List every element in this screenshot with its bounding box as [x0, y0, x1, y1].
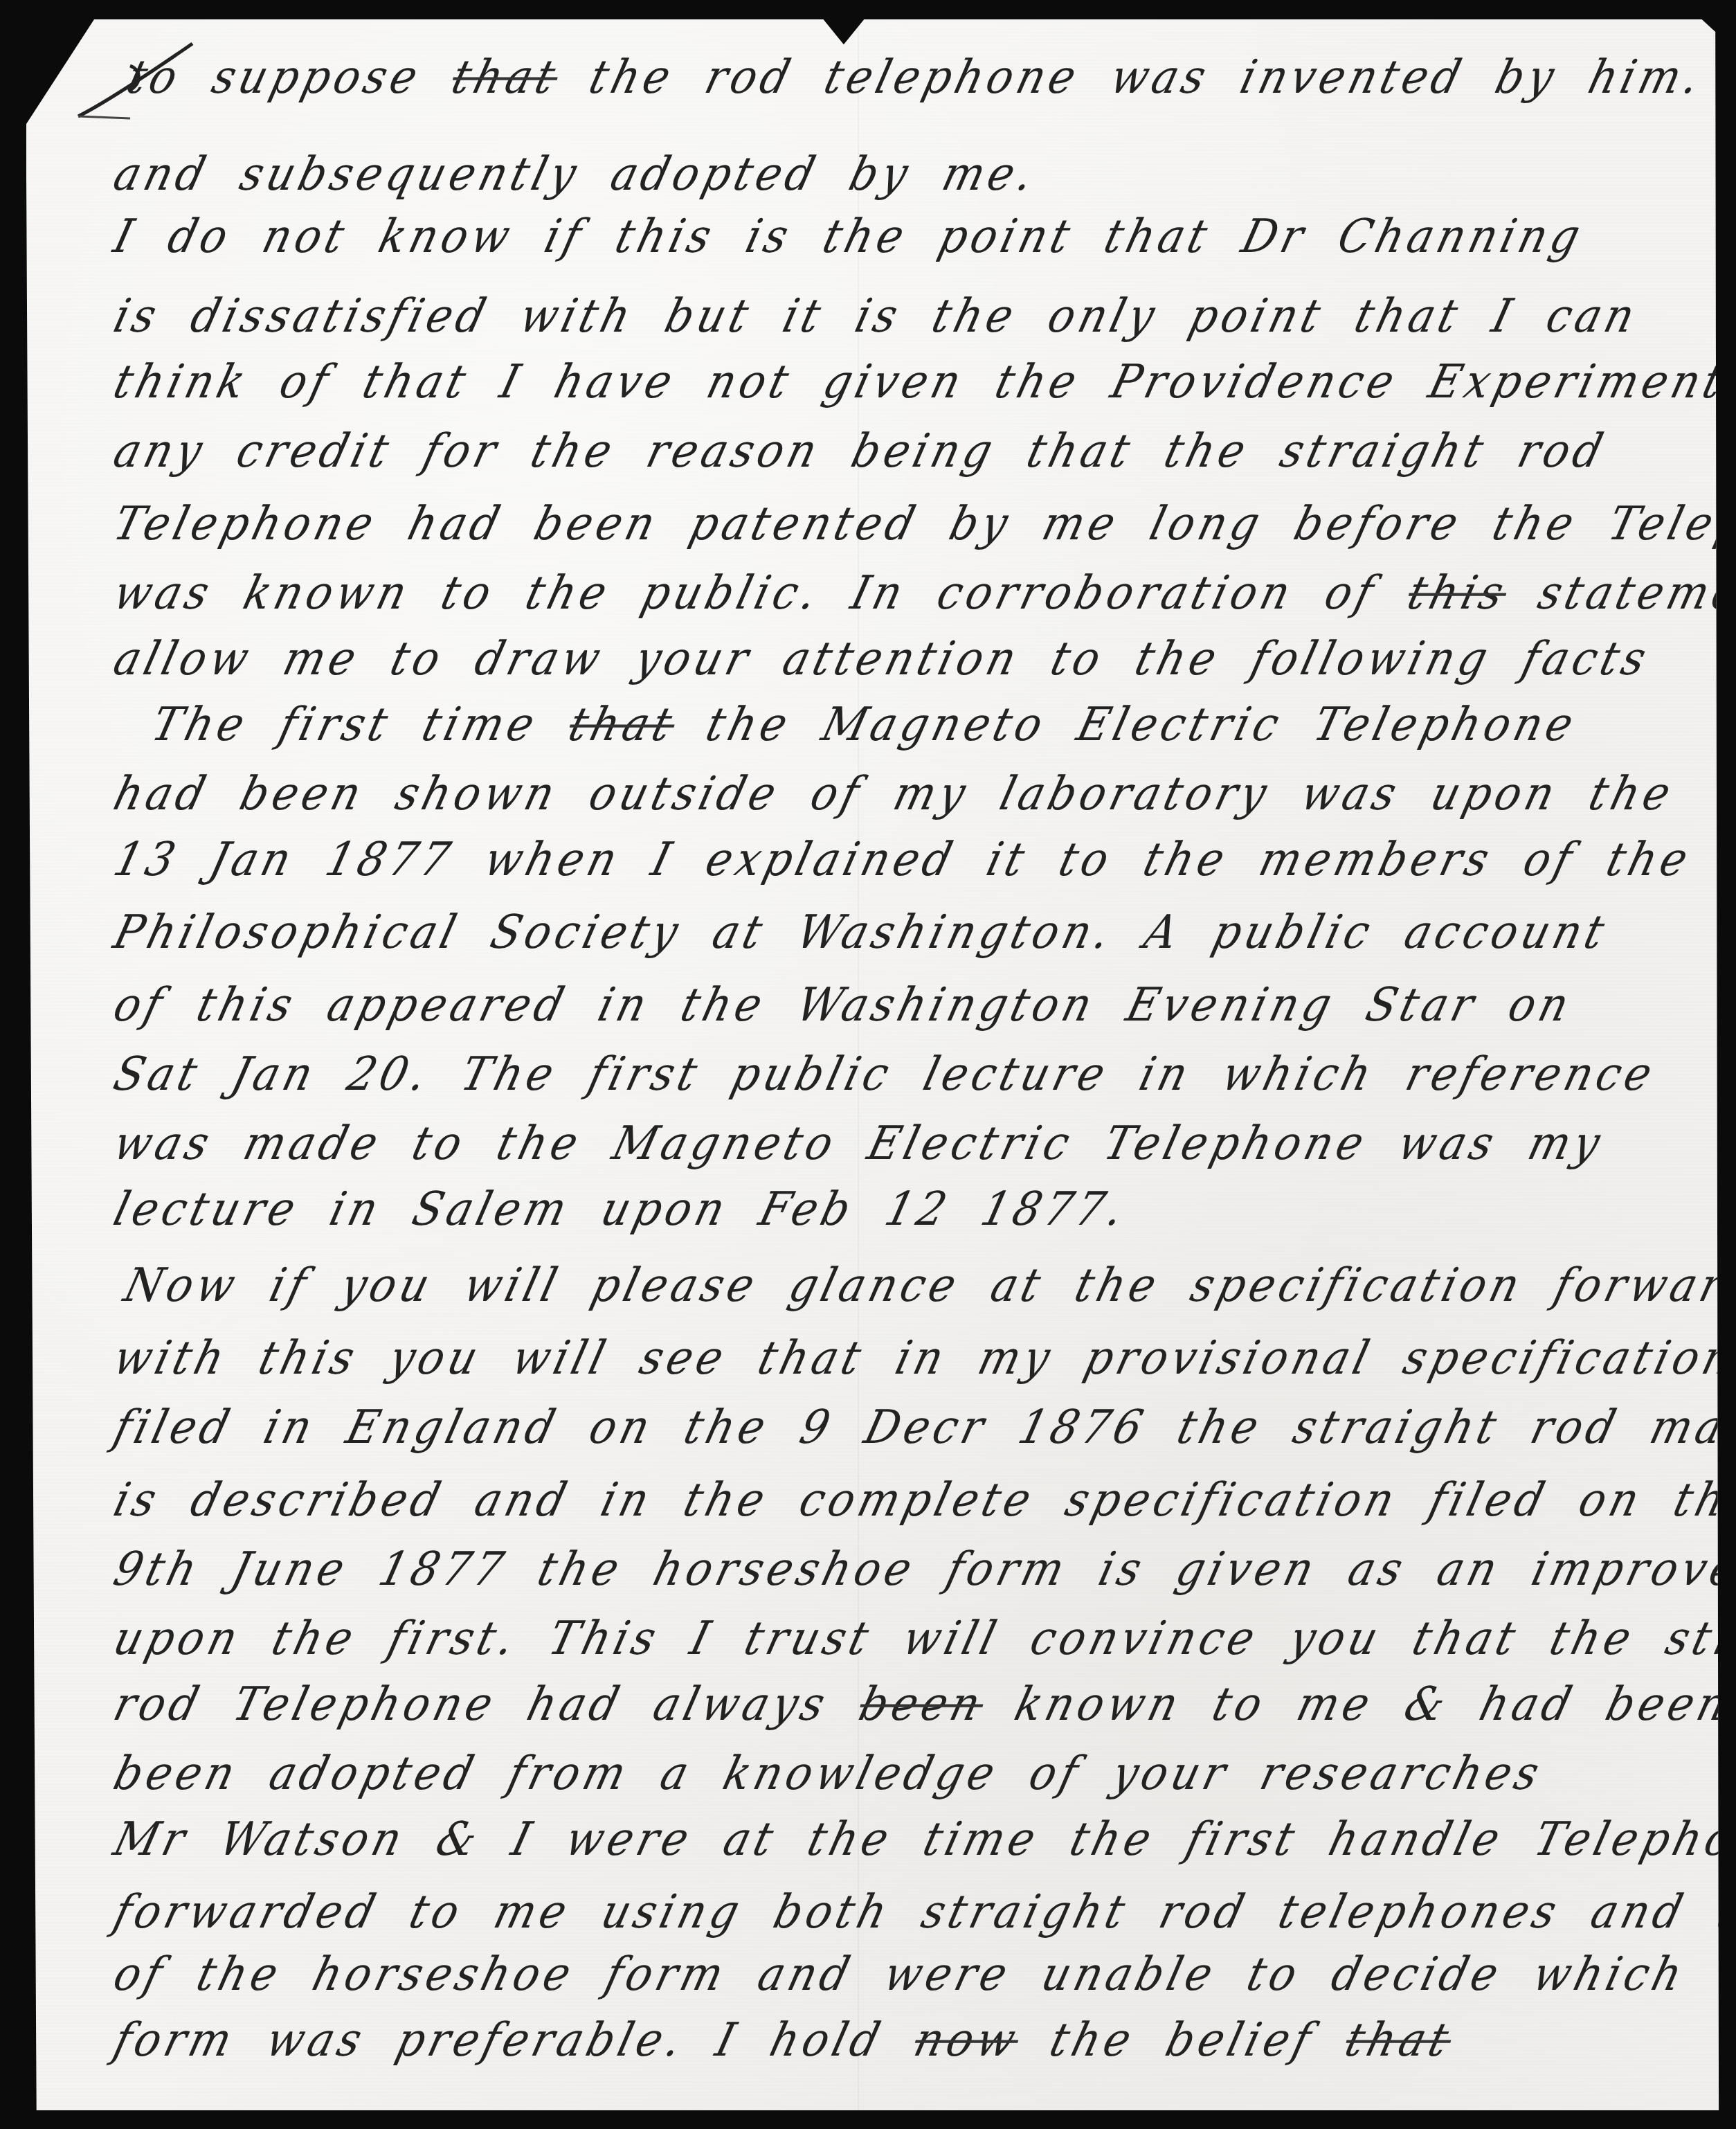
letter-line: The first time that the Magneto Electric…: [147, 701, 1582, 748]
letter-line: Telephone had been patented by me long b…: [109, 501, 1736, 547]
struck-word: that: [563, 697, 681, 752]
struck-word: that: [446, 50, 564, 105]
letter-line: forwarded to me using both straight rod …: [109, 1889, 1736, 1935]
letter-line: and subsequently adopted by me.: [109, 151, 1042, 197]
letter-line: rod Telephone had always been known to m…: [109, 1681, 1736, 1727]
letter-line: of the horseshoe form and were unable to…: [109, 1951, 1691, 1997]
letter-line: allow me to draw your attention to the f…: [109, 636, 1654, 682]
letter-line: upon the first. This I trust will convin…: [109, 1615, 1736, 1662]
letter-line: I do not know if this is the point that …: [109, 213, 1589, 260]
letter-line: was made to the Magneto Electric Telepho…: [109, 1120, 1609, 1167]
letter-line: lecture in Salem upon Feb 12 1877.: [109, 1186, 1132, 1232]
struck-word: now: [909, 2013, 1025, 2067]
letter-line: of this appeared in the Washington Eveni…: [109, 982, 1577, 1028]
letter-line: any credit for the reason being that the…: [109, 428, 1611, 474]
letter-line: form was preferable. I hold now the beli…: [109, 2017, 1457, 2063]
letter-page: to suppose that the rod telephone was in…: [26, 19, 1722, 2110]
letter-line: been adopted from a knowledge of your re…: [109, 1750, 1548, 1797]
letter-line: Sat Jan 20. The first public lecture in …: [109, 1051, 1661, 1097]
struck-word: this: [1402, 566, 1513, 620]
letter-line: was known to the public. In corroboratio…: [109, 570, 1736, 616]
struck-word: that: [1340, 2013, 1458, 2067]
letter-line: is described and in the complete specifi…: [109, 1477, 1736, 1523]
letter-line: Mr Watson & I were at the time the first…: [109, 1816, 1736, 1862]
letter-line: 9th June 1877 the horseshoe form is give…: [109, 1546, 1736, 1592]
struck-word: been: [854, 1677, 991, 1732]
letter-line: with this you will see that in my provis…: [109, 1335, 1736, 1381]
letter-line: had been shown outside of my laboratory …: [109, 771, 1679, 817]
letter-line: 13 Jan 1877 when I explained it to the m…: [109, 836, 1697, 883]
letter-line: think of that I have not given the Provi…: [109, 359, 1736, 405]
letter-line: Now if you will please glance at the spe…: [120, 1262, 1736, 1309]
letter-line: Philosophical Society at Washington. A p…: [109, 909, 1613, 955]
letter-line: to suppose that the rod telephone was in…: [123, 54, 1708, 100]
letter-line: is dissatisfied with but it is the only …: [109, 293, 1643, 339]
letter-line: filed in England on the 9 Decr 1876 the …: [109, 1404, 1736, 1450]
